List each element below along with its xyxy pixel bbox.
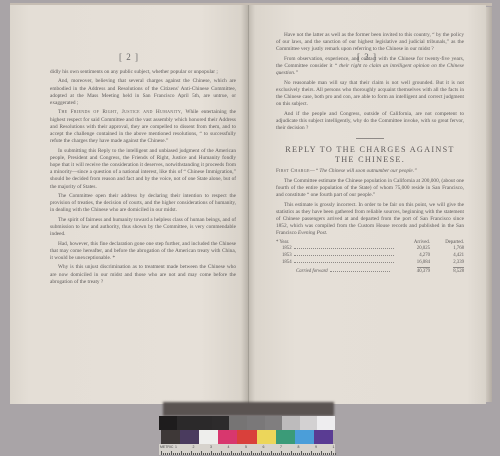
section-heading: REPLY TO THE CHARGES AGAINST THE CHINESE… xyxy=(276,145,464,164)
color-patch xyxy=(295,430,314,444)
paragraph: From observation, experience, and contac… xyxy=(276,56,464,78)
table-row: 185220,0251,768 xyxy=(276,246,464,253)
paragraph: The Committee open their address by decl… xyxy=(50,193,236,215)
paragraph: The Friends of Right, Justice and Humani… xyxy=(50,109,236,145)
gray-scale-row xyxy=(159,416,335,430)
paragraph: The Committee estimate the Chinese popul… xyxy=(276,178,464,200)
gray-patch xyxy=(177,416,195,430)
color-patch xyxy=(276,430,295,444)
gray-patch xyxy=(159,416,177,430)
open-book: [ 2 ] didly his own sentiments on any pu… xyxy=(10,5,492,404)
color-patch xyxy=(314,430,333,444)
table-row: 185416,0842,339 xyxy=(276,260,464,267)
right-page-body: Have not the latter as well as the forme… xyxy=(276,32,464,276)
paragraph: Why is this unjust discrimination as to … xyxy=(50,264,236,286)
gray-patch xyxy=(317,416,335,430)
paragraph: Have not the latter as well as the forme… xyxy=(276,32,464,54)
color-patch xyxy=(180,430,199,444)
chart-shadow xyxy=(163,402,334,416)
table-total-row: Carried forward40,3798,528 xyxy=(276,266,464,276)
paragraph: In submitting this Reply to the intellig… xyxy=(50,148,236,191)
col-arrived: Arrived. xyxy=(396,240,430,247)
paragraph: This estimate is grossly incorrect. In o… xyxy=(276,202,464,238)
color-calibration-target: METRIC1234567891 xyxy=(159,416,335,455)
metric-ruler: METRIC1234567891 xyxy=(159,444,335,455)
book-spine xyxy=(248,5,249,404)
first-charge: First Charge—“ The Chinese will soon out… xyxy=(276,168,464,175)
gray-patch xyxy=(212,416,230,430)
paragraph: And if the people and Congress, outside … xyxy=(276,111,464,133)
color-patch xyxy=(218,430,237,444)
ruler-label: METRIC xyxy=(160,445,173,449)
col-year: * Year. xyxy=(276,240,396,247)
paragraph: The spirit of fairness and humanity towa… xyxy=(50,217,236,239)
page-number: [ 2 ] xyxy=(10,52,248,62)
paragraph: And, moreover, believing that several ch… xyxy=(50,78,236,107)
gray-patch xyxy=(282,416,300,430)
gray-patch xyxy=(247,416,265,430)
right-page: [ 3 ] Have not the latter as well as the… xyxy=(248,5,486,404)
left-page-body: didly his own sentiments on any public s… xyxy=(50,69,236,288)
gray-patch xyxy=(300,416,318,430)
section-divider xyxy=(356,138,384,139)
paragraph: Had, however, this fine declaration gone… xyxy=(50,241,236,263)
left-page: [ 2 ] didly his own sentiments on any pu… xyxy=(10,5,248,404)
paragraph: No reasonable man will say that their cl… xyxy=(276,80,464,109)
table-row: 18534,2704,421 xyxy=(276,253,464,260)
color-patch xyxy=(237,430,256,444)
paragraph: didly his own sentiments on any public s… xyxy=(50,69,236,76)
gray-patch xyxy=(194,416,212,430)
gray-patch xyxy=(229,416,247,430)
color-patch xyxy=(161,430,180,444)
color-patch xyxy=(199,430,218,444)
gray-patch xyxy=(265,416,283,430)
color-patch xyxy=(257,430,276,444)
color-patch-row xyxy=(159,430,335,444)
col-departed: Departed. xyxy=(430,240,464,247)
immigration-table: * Year. Arrived. Departed. 185220,0251,7… xyxy=(276,240,464,276)
